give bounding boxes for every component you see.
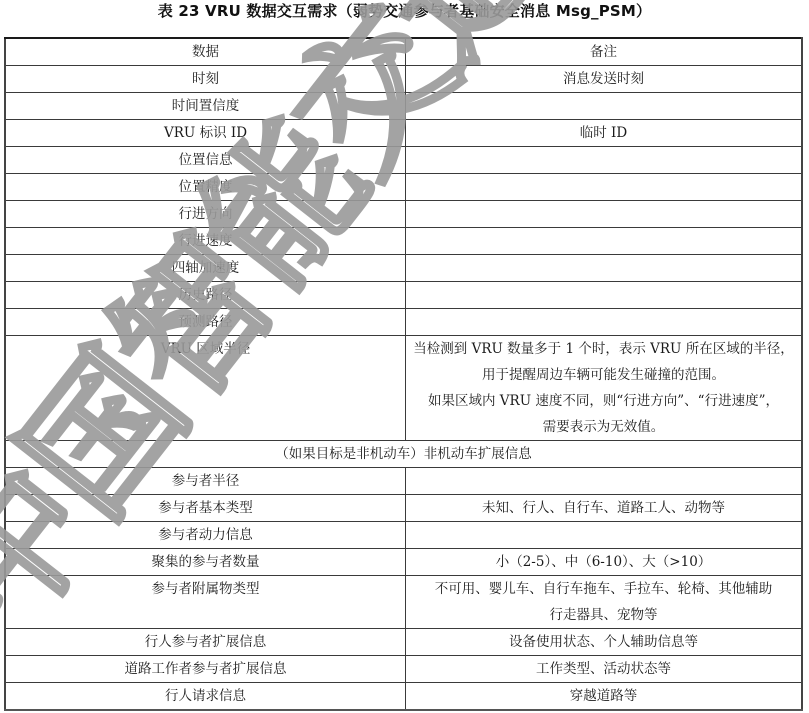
- table-row: 时刻 消息发送时刻: [5, 66, 802, 93]
- cell-note: 穿越道路等: [406, 683, 803, 711]
- cell-data: 四轴加速度: [5, 255, 406, 282]
- cell-data: 聚集的参与者数量: [5, 549, 406, 576]
- vru-data-table: 数据 备注 时刻 消息发送时刻 时间置信度 VRU 标识 ID 临时 ID 位置…: [4, 37, 803, 711]
- cell-note: [406, 282, 803, 309]
- table-row: 位置精度: [5, 174, 802, 201]
- note-line: 如果区域内 VRU 速度不同，则“行进方向”、“行进速度”，: [412, 388, 795, 414]
- cell-data: 参与者动力信息: [5, 522, 406, 549]
- cell-data: 位置信息: [5, 147, 406, 174]
- section-heading: （如果目标是非机动车）非机动车扩展信息: [5, 441, 802, 468]
- cell-note: 未知、行人、自行车、道路工人、动物等: [406, 495, 803, 522]
- table-caption: 表 23 VRU 数据交互需求（弱势交通参与者基础安全消息 Msg_PSM）: [0, 0, 809, 24]
- cell-data: 时间置信度: [5, 93, 406, 120]
- cell-note: [406, 309, 803, 336]
- table-row: 参与者半径: [5, 468, 802, 495]
- note-line: 需要表示为无效值。: [412, 414, 795, 440]
- table-row: VRU 标识 ID 临时 ID: [5, 120, 802, 147]
- cell-note-multiline: 不可用、婴儿车、自行车拖车、手拉车、轮椅、其他辅助 行走器具、宠物等: [406, 576, 803, 629]
- cell-data: 参与者附属物类型: [5, 576, 406, 629]
- cell-data: 参与者基本类型: [5, 495, 406, 522]
- note-line: 行走器具、宠物等: [412, 602, 795, 628]
- cell-note: [406, 228, 803, 255]
- cell-note: [406, 522, 803, 549]
- header-note: 备注: [406, 38, 803, 66]
- table-row: 历史路径: [5, 282, 802, 309]
- table-row: 位置信息: [5, 147, 802, 174]
- cell-note: [406, 468, 803, 495]
- table-row: 预测路径: [5, 309, 802, 336]
- cell-note: [406, 201, 803, 228]
- cell-data: VRU 标识 ID: [5, 120, 406, 147]
- cell-note: 小（2-5）、中（6-10）、大（>10）: [406, 549, 803, 576]
- table-row: 行进速度: [5, 228, 802, 255]
- table-row: 行进方向: [5, 201, 802, 228]
- cell-data: 参与者半径: [5, 468, 406, 495]
- cell-data: VRU 区域半径: [5, 336, 406, 441]
- cell-note: [406, 255, 803, 282]
- cell-note: 设备使用状态、个人辅助信息等: [406, 629, 803, 656]
- table-row: 参与者基本类型 未知、行人、自行车、道路工人、动物等: [5, 495, 802, 522]
- table-row: 道路工作者参与者扩展信息 工作类型、活动状态等: [5, 656, 802, 683]
- note-line: 用于提醒周边车辆可能发生碰撞的范围。: [412, 362, 795, 388]
- cell-note: [406, 93, 803, 120]
- cell-note-multiline: 当检测到 VRU 数量多于 1 个时，表示 VRU 所在区域的半径， 用于提醒周…: [406, 336, 803, 441]
- cell-data: 位置精度: [5, 174, 406, 201]
- header-data: 数据: [5, 38, 406, 66]
- cell-note: [406, 174, 803, 201]
- table-row: 四轴加速度: [5, 255, 802, 282]
- cell-data: 历史路径: [5, 282, 406, 309]
- table-row: 参与者动力信息: [5, 522, 802, 549]
- cell-note: [406, 147, 803, 174]
- cell-data: 道路工作者参与者扩展信息: [5, 656, 406, 683]
- table-header-row: 数据 备注: [5, 38, 802, 66]
- cell-data: 行进速度: [5, 228, 406, 255]
- table-row: 行人参与者扩展信息 设备使用状态、个人辅助信息等: [5, 629, 802, 656]
- cell-note: 临时 ID: [406, 120, 803, 147]
- cell-note: 消息发送时刻: [406, 66, 803, 93]
- table-row: 聚集的参与者数量 小（2-5）、中（6-10）、大（>10）: [5, 549, 802, 576]
- cell-data: 时刻: [5, 66, 406, 93]
- cell-data: 预测路径: [5, 309, 406, 336]
- table-row: 行人请求信息 穿越道路等: [5, 683, 802, 711]
- cell-note: 工作类型、活动状态等: [406, 656, 803, 683]
- cell-data: 行人参与者扩展信息: [5, 629, 406, 656]
- cell-data: 行进方向: [5, 201, 406, 228]
- table-row: VRU 区域半径 当检测到 VRU 数量多于 1 个时，表示 VRU 所在区域的…: [5, 336, 802, 441]
- section-row: （如果目标是非机动车）非机动车扩展信息: [5, 441, 802, 468]
- cell-data: 行人请求信息: [5, 683, 406, 711]
- table-row: 时间置信度: [5, 93, 802, 120]
- note-line: 当检测到 VRU 数量多于 1 个时，表示 VRU 所在区域的半径，: [412, 336, 795, 362]
- table-row: 参与者附属物类型 不可用、婴儿车、自行车拖车、手拉车、轮椅、其他辅助 行走器具、…: [5, 576, 802, 629]
- note-line: 不可用、婴儿车、自行车拖车、手拉车、轮椅、其他辅助: [412, 576, 795, 602]
